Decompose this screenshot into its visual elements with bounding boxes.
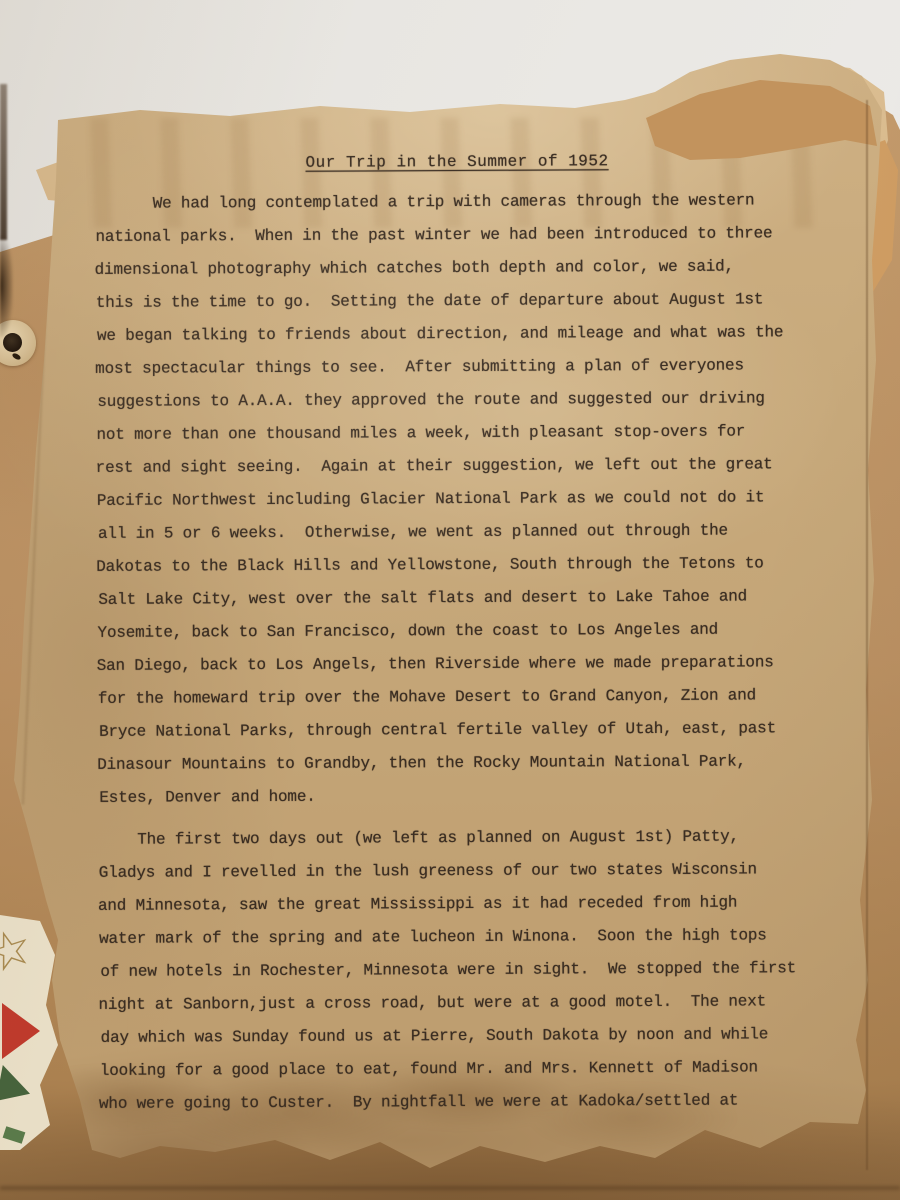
typed-line: Bryce National Parks, through central fe…	[99, 712, 823, 749]
typed-line: rest and sight seeing. Again at their su…	[96, 448, 820, 485]
typed-line: all in 5 or 6 weeks. Otherwise, we went …	[98, 514, 822, 551]
typed-line: Dakotas to the Black Hills and Yellowsto…	[96, 547, 820, 584]
typed-line: of new hotels in Rochester, Minnesota we…	[100, 952, 824, 989]
typed-line: Gladys and I revelled in the lush greene…	[99, 853, 823, 890]
paragraph: The first two days out (we left as plann…	[99, 820, 825, 1121]
typed-line: looking for a good place to eat, found M…	[100, 1051, 824, 1088]
binding-shadow-lower	[0, 235, 13, 337]
binding-shadow-upper	[0, 84, 7, 240]
typed-text: Our Trip in the Summer of 1952 We had lo…	[95, 148, 824, 1121]
typed-line: Estes, Denver and home.	[99, 778, 823, 815]
typed-line: water mark of the spring and ate lucheon…	[99, 919, 823, 956]
typed-page: Our Trip in the Summer of 1952 We had lo…	[0, 0, 900, 1200]
typed-line: we began talking to friends about direct…	[97, 316, 821, 353]
scrap-green-sliver	[3, 1126, 26, 1144]
typed-line: Dinasour Mountains to Grandby, then the …	[97, 745, 821, 782]
typed-line: for the homeward trip over the Mohave De…	[98, 679, 822, 716]
typed-line: night at Sanborn,just a cross road, but …	[98, 985, 822, 1022]
typed-line: national parks. When in the past winter …	[95, 217, 819, 254]
paragraph: We had long contemplated a trip with cam…	[95, 184, 822, 815]
typed-line: Yosemite, back to San Francisco, down th…	[97, 613, 821, 650]
base-page-crease	[866, 100, 868, 1170]
base-page-bottom-edge	[0, 1186, 900, 1190]
typed-line: who were going to Custer. By nightfall w…	[99, 1084, 823, 1121]
typed-line: day which was Sunday found us at Pierre,…	[101, 1018, 825, 1055]
ink-smudge	[11, 352, 21, 361]
paragraphs-container: We had long contemplated a trip with cam…	[95, 184, 824, 1121]
scrap-red-shape	[2, 1003, 40, 1059]
typed-line: dimensional photography which catches bo…	[95, 250, 819, 287]
scrapbook-photo: ☆ Our Trip in the Summer of 1952 We had …	[0, 0, 900, 1200]
typed-line: this is the time to go. Setting the date…	[96, 283, 820, 320]
typed-line: Salt Lake City, west over the salt flats…	[98, 580, 822, 617]
typed-line: most spectacular things to see. After su…	[95, 349, 819, 386]
typed-line: The first two days out (we left as plann…	[100, 820, 824, 857]
typed-line: suggestions to A.A.A. they approved the …	[97, 382, 821, 419]
typed-line: Pacific Northwest including Glacier Nati…	[97, 481, 821, 518]
typed-line: San Diego, back to Los Angels, then Rive…	[97, 646, 821, 683]
scrap-green-shape	[0, 1065, 30, 1101]
star-icon: ☆	[0, 919, 40, 983]
typed-line: not more than one thousand miles a week,…	[96, 415, 820, 452]
typed-line: We had long contemplated a trip with cam…	[96, 184, 820, 221]
typed-line: and Minnesota, saw the great Mississippi…	[98, 886, 822, 923]
